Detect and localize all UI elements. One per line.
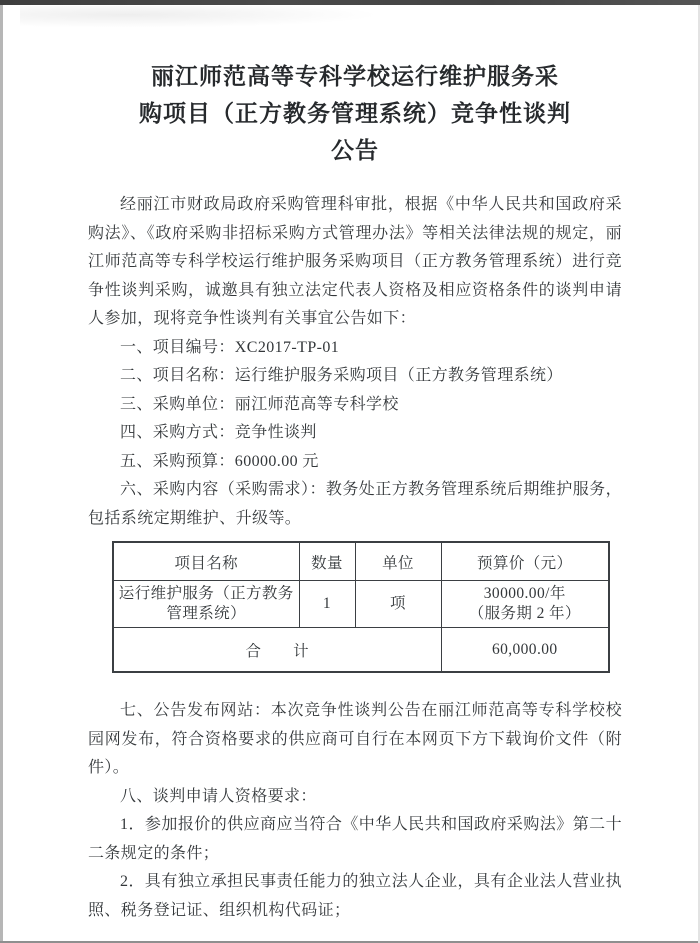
table-header-quantity: 数量	[299, 542, 355, 581]
table-header-item-name: 项目名称	[113, 542, 299, 581]
list-item-purchasing-unit: 三、采购单位：丽江师范高等专科学校	[88, 391, 622, 420]
table-cell-item-name: 运行维护服务（正方教务管理系统）	[113, 581, 299, 628]
section-announcement-website: 七、公告发布网站：本次竞争性谈判公告在丽江师范高等专科学校校园网发布，符合资格要…	[88, 697, 622, 783]
list-item-project-number: 一、项目编号：XC2017-TP-01	[88, 334, 622, 363]
document-title-line: 购项目（正方教务管理系统）竞争性谈判	[88, 95, 622, 132]
list-item-procurement-budget: 五、采购预算：60000.00 元	[88, 448, 622, 477]
table-row: 运行维护服务（正方教务管理系统） 1 项 30000.00/年 （服务期 2 年…	[113, 581, 609, 628]
document-title: 丽江师范高等专科学校运行维护服务采 购项目（正方教务管理系统）竞争性谈判 公告	[88, 58, 622, 169]
table-header-unit: 单位	[355, 542, 441, 581]
procurement-items-table: 项目名称 数量 单位 预算价（元） 运行维护服务（正方教务管理系统） 1 项 3…	[112, 541, 610, 673]
intro-paragraph: 经丽江市财政局政府采购管理科审批，根据《中华人民共和国政府采购法》、《政府采购非…	[88, 191, 622, 334]
scanned-document-page: { "document": { "title_lines": [ "丽江师范高等…	[0, 0, 700, 943]
section-applicant-qualifications: 八、谈判申请人资格要求：	[88, 783, 622, 812]
document-title-line: 公告	[88, 132, 622, 169]
qualification-requirement-1: 1．参加报价的供应商应当符合《中华人民共和国政府采购法》第二十二条规定的条件；	[88, 811, 622, 868]
table-cell-total-value: 60,000.00	[441, 628, 609, 673]
document-title-line: 丽江师范高等专科学校运行维护服务采	[88, 58, 622, 95]
table-total-row: 合 计 60,000.00	[113, 628, 609, 673]
list-item-procurement-method: 四、采购方式：竞争性谈判	[88, 419, 622, 448]
scan-edge-left	[0, 5, 3, 943]
table-header-budget-price: 预算价（元）	[441, 542, 609, 581]
table-header-row: 项目名称 数量 单位 预算价（元）	[113, 542, 609, 581]
table-cell-quantity: 1	[299, 581, 355, 628]
table-cell-total-label: 合 计	[113, 628, 441, 673]
qualification-requirement-2: 2．具有独立承担民事责任能力的独立法人企业，具有企业法人营业执照、税务登记证、组…	[88, 868, 622, 925]
list-item-procurement-content: 六、采购内容（采购需求）：教务处正方教务管理系统后期维护服务，包括系统定期维护、…	[88, 476, 622, 533]
table-cell-unit: 项	[355, 581, 441, 628]
table-cell-budget-price: 30000.00/年 （服务期 2 年）	[441, 581, 609, 628]
document-body: 丽江师范高等专科学校运行维护服务采 购项目（正方教务管理系统）竞争性谈判 公告 …	[88, 0, 622, 925]
list-item-project-name: 二、项目名称：运行维护服务采购项目（正方教务管理系统）	[88, 362, 622, 391]
